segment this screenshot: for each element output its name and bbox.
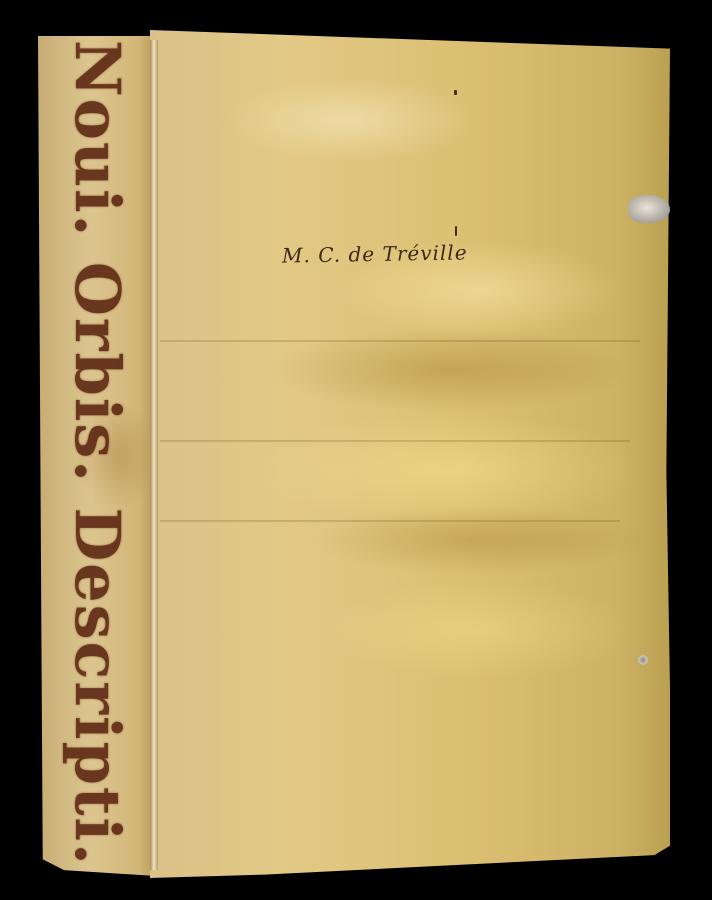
cover-crease (160, 440, 630, 442)
cover-crease (160, 520, 620, 522)
photograph: Noui. Orbis. Descripti. M. C. de Trévill… (0, 0, 712, 900)
ink-spot (454, 90, 457, 95)
vellum-book: Noui. Orbis. Descripti. M. C. de Trévill… (0, 0, 712, 900)
ink-mark (455, 226, 457, 236)
tie-hole-icon (638, 655, 648, 665)
cover-crease (160, 340, 640, 342)
ownership-inscription: M. C. de Tréville (282, 240, 468, 267)
front-cover (150, 30, 670, 878)
clasp-remnant-icon (628, 195, 670, 223)
spine-title: Noui. Orbis. Descripti. (62, 40, 132, 860)
spine-hinge (150, 40, 158, 870)
